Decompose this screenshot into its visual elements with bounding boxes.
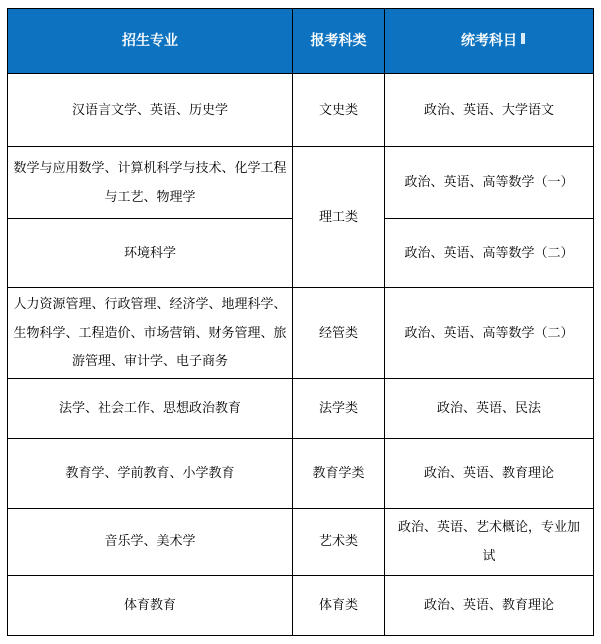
cell-subjects: 政治、英语、高等数学（二） (385, 288, 594, 379)
cell-category: 艺术类 (293, 508, 385, 575)
header-subjects-label: 统考科目 (461, 33, 517, 49)
cell-majors: 人力资源管理、行政管理、经济学、地理科学、生物科学、工程造价、市场营销、财务管理… (8, 288, 293, 379)
cell-majors: 音乐学、美术学 (8, 508, 293, 575)
cell-majors: 数学与应用数学、计算机科学与技术、化学工程与工艺、物理学 (8, 147, 293, 219)
cell-category: 法学类 (293, 378, 385, 438)
table-row: 音乐学、美术学 艺术类 政治、英语、艺术概论，专业加试 (8, 508, 594, 575)
cell-subjects: 政治、英语、高等数学（一） (385, 147, 594, 219)
cell-category: 经管类 (293, 288, 385, 379)
cell-subjects: 政治、英语、民法 (385, 378, 594, 438)
table-row: 人力资源管理、行政管理、经济学、地理科学、生物科学、工程造价、市场营销、财务管理… (8, 288, 594, 379)
cell-category: 体育类 (293, 575, 385, 635)
cell-majors: 汉语言文学、英语、历史学 (8, 74, 293, 147)
cell-majors: 教育学、学前教育、小学教育 (8, 438, 293, 508)
cell-subjects: 政治、英语、艺术概论，专业加试 (385, 508, 594, 575)
cell-subjects: 政治、英语、高等数学（二） (385, 219, 594, 288)
page: 招生专业 报考科类 统考科目 汉语言文学、英语、历史学 文史类 政治、英语、大学… (0, 0, 601, 644)
table-row: 教育学、学前教育、小学教育 教育学类 政治、英语、教育理论 (8, 438, 594, 508)
cell-subjects: 政治、英语、大学语文 (385, 74, 594, 147)
table-row: 汉语言文学、英语、历史学 文史类 政治、英语、大学语文 (8, 74, 594, 147)
table-row: 体育教育 体育类 政治、英语、教育理论 (8, 575, 594, 635)
cell-category: 文史类 (293, 74, 385, 147)
header-subjects: 统考科目 (385, 9, 594, 74)
table-row: 法学、社会工作、思想政治教育 法学类 政治、英语、民法 (8, 378, 594, 438)
cell-category-merged: 理工类 (293, 147, 385, 288)
cell-category: 教育学类 (293, 438, 385, 508)
admissions-table: 招生专业 报考科类 统考科目 汉语言文学、英语、历史学 文史类 政治、英语、大学… (7, 8, 594, 636)
cell-subjects: 政治、英语、教育理论 (385, 438, 594, 508)
header-category: 报考科类 (293, 9, 385, 74)
header-row: 招生专业 报考科类 统考科目 (8, 9, 594, 74)
cell-subjects: 政治、英语、教育理论 (385, 575, 594, 635)
table-row: 数学与应用数学、计算机科学与技术、化学工程与工艺、物理学 理工类 政治、英语、高… (8, 147, 594, 219)
cell-majors: 法学、社会工作、思想政治教育 (8, 378, 293, 438)
text-cursor-artifact (521, 33, 525, 44)
cell-majors: 环境科学 (8, 219, 293, 288)
cell-majors: 体育教育 (8, 575, 293, 635)
header-majors: 招生专业 (8, 9, 293, 74)
